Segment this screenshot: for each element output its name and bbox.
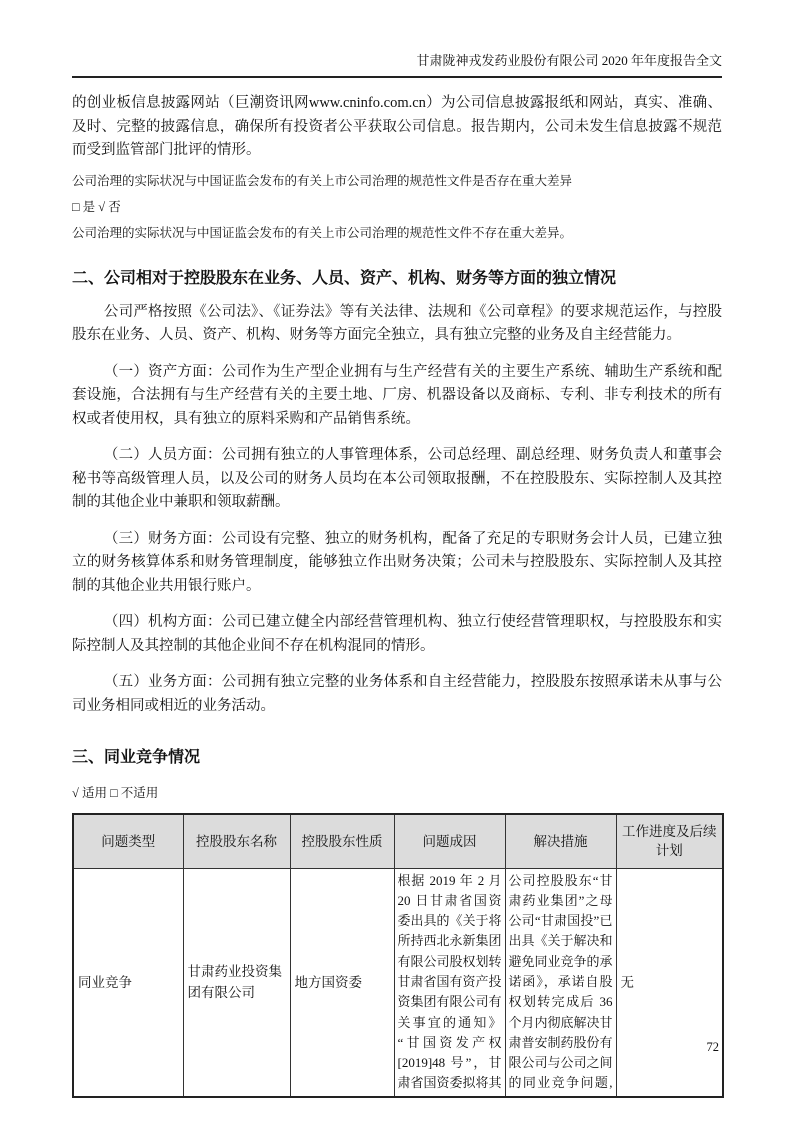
governance-answer: 公司治理的实际状况与中国证监会发布的有关上市公司治理的规范性文件不存在重大差异。 xyxy=(72,225,722,241)
cell-progress: 无 xyxy=(616,868,723,1097)
section-3-heading: 三、同业竞争情况 xyxy=(72,744,722,767)
header-shareholder-nature: 控股股东性质 xyxy=(290,814,394,868)
section-2-paragraph-organization: （四）机构方面：公司已建立健全内部经营管理机构、独立行使经营管理职权，与控股股东… xyxy=(72,611,722,658)
section-2-paragraph-finance: （三）财务方面：公司设有完整、独立的财务机构，配备了充足的专职财务会计人员，已建… xyxy=(72,528,722,599)
intro-paragraph: 的创业板信息披露网站（巨潮资讯网www.cninfo.com.cn）为公司信息披… xyxy=(72,92,722,163)
header-progress: 工作进度及后续计划 xyxy=(616,814,723,868)
governance-yes-no-checkboxes: □ 是 √ 否 xyxy=(72,199,722,215)
section-2-heading: 二、公司相对于控股股东在业务、人员、资产、机构、财务等方面的独立情况 xyxy=(72,265,722,288)
cell-problem-type: 同业竞争 xyxy=(73,868,183,1097)
applicability-checkboxes: √ 适用 □ 不适用 xyxy=(72,785,722,801)
document-header-title: 甘肃陇神戎发药业股份有限公司 2020 年年度报告全文 xyxy=(416,53,722,68)
section-2-paragraph-assets: （一）资产方面：公司作为生产型企业拥有与生产经营有关的主要生产系统、辅助生产系统… xyxy=(72,361,722,432)
competition-table-row: 同业竞争 甘肃药业投资集团有限公司 地方国资委 根据 2019 年 2 月 20… xyxy=(73,868,723,1097)
governance-question: 公司治理的实际状况与中国证监会发布的有关上市公司治理的规范性文件是否存在重大差异 xyxy=(72,173,722,189)
cell-measures: 公司控股股东“甘肃药业集团”之母公司“甘肃国投”已出具《关于解决和避免同业竞争的… xyxy=(505,868,616,1097)
header-problem-type: 问题类型 xyxy=(73,814,183,868)
page-number: 72 xyxy=(707,1040,720,1055)
section-2-paragraph-personnel: （二）人员方面：公司拥有独立的人事管理体系，公司总经理、副总经理、财务负责人和董… xyxy=(72,444,722,515)
header-shareholder-name: 控股股东名称 xyxy=(183,814,290,868)
competition-table: 问题类型 控股股东名称 控股股东性质 问题成因 解决措施 工作进度及后续计划 同… xyxy=(72,813,724,1098)
header-measures: 解决措施 xyxy=(505,814,616,868)
section-2-paragraph-business: （五）业务方面：公司拥有独立完整的业务体系和自主经营能力，控股股东按照承诺未从事… xyxy=(72,671,722,718)
section-2-paragraph-overview: 公司严格按照《公司法》、《证券法》等有关法律、法规和《公司章程》的要求规范运作，… xyxy=(72,301,722,348)
document-header: 甘肃陇神戎发药业股份有限公司 2020 年年度报告全文 xyxy=(72,50,722,78)
cell-shareholder-name: 甘肃药业投资集团有限公司 xyxy=(183,868,290,1097)
cell-shareholder-nature: 地方国资委 xyxy=(290,868,394,1097)
header-cause: 问题成因 xyxy=(394,814,505,868)
cell-cause: 根据 2019 年 2 月 20 日甘肃省国资委出具的《关于将所持西北永新集团有… xyxy=(394,868,505,1097)
competition-table-header-row: 问题类型 控股股东名称 控股股东性质 问题成因 解决措施 工作进度及后续计划 xyxy=(73,814,723,868)
report-page: 甘肃陇神戎发药业股份有限公司 2020 年年度报告全文 的创业板信息披露网站（巨… xyxy=(0,0,793,1122)
